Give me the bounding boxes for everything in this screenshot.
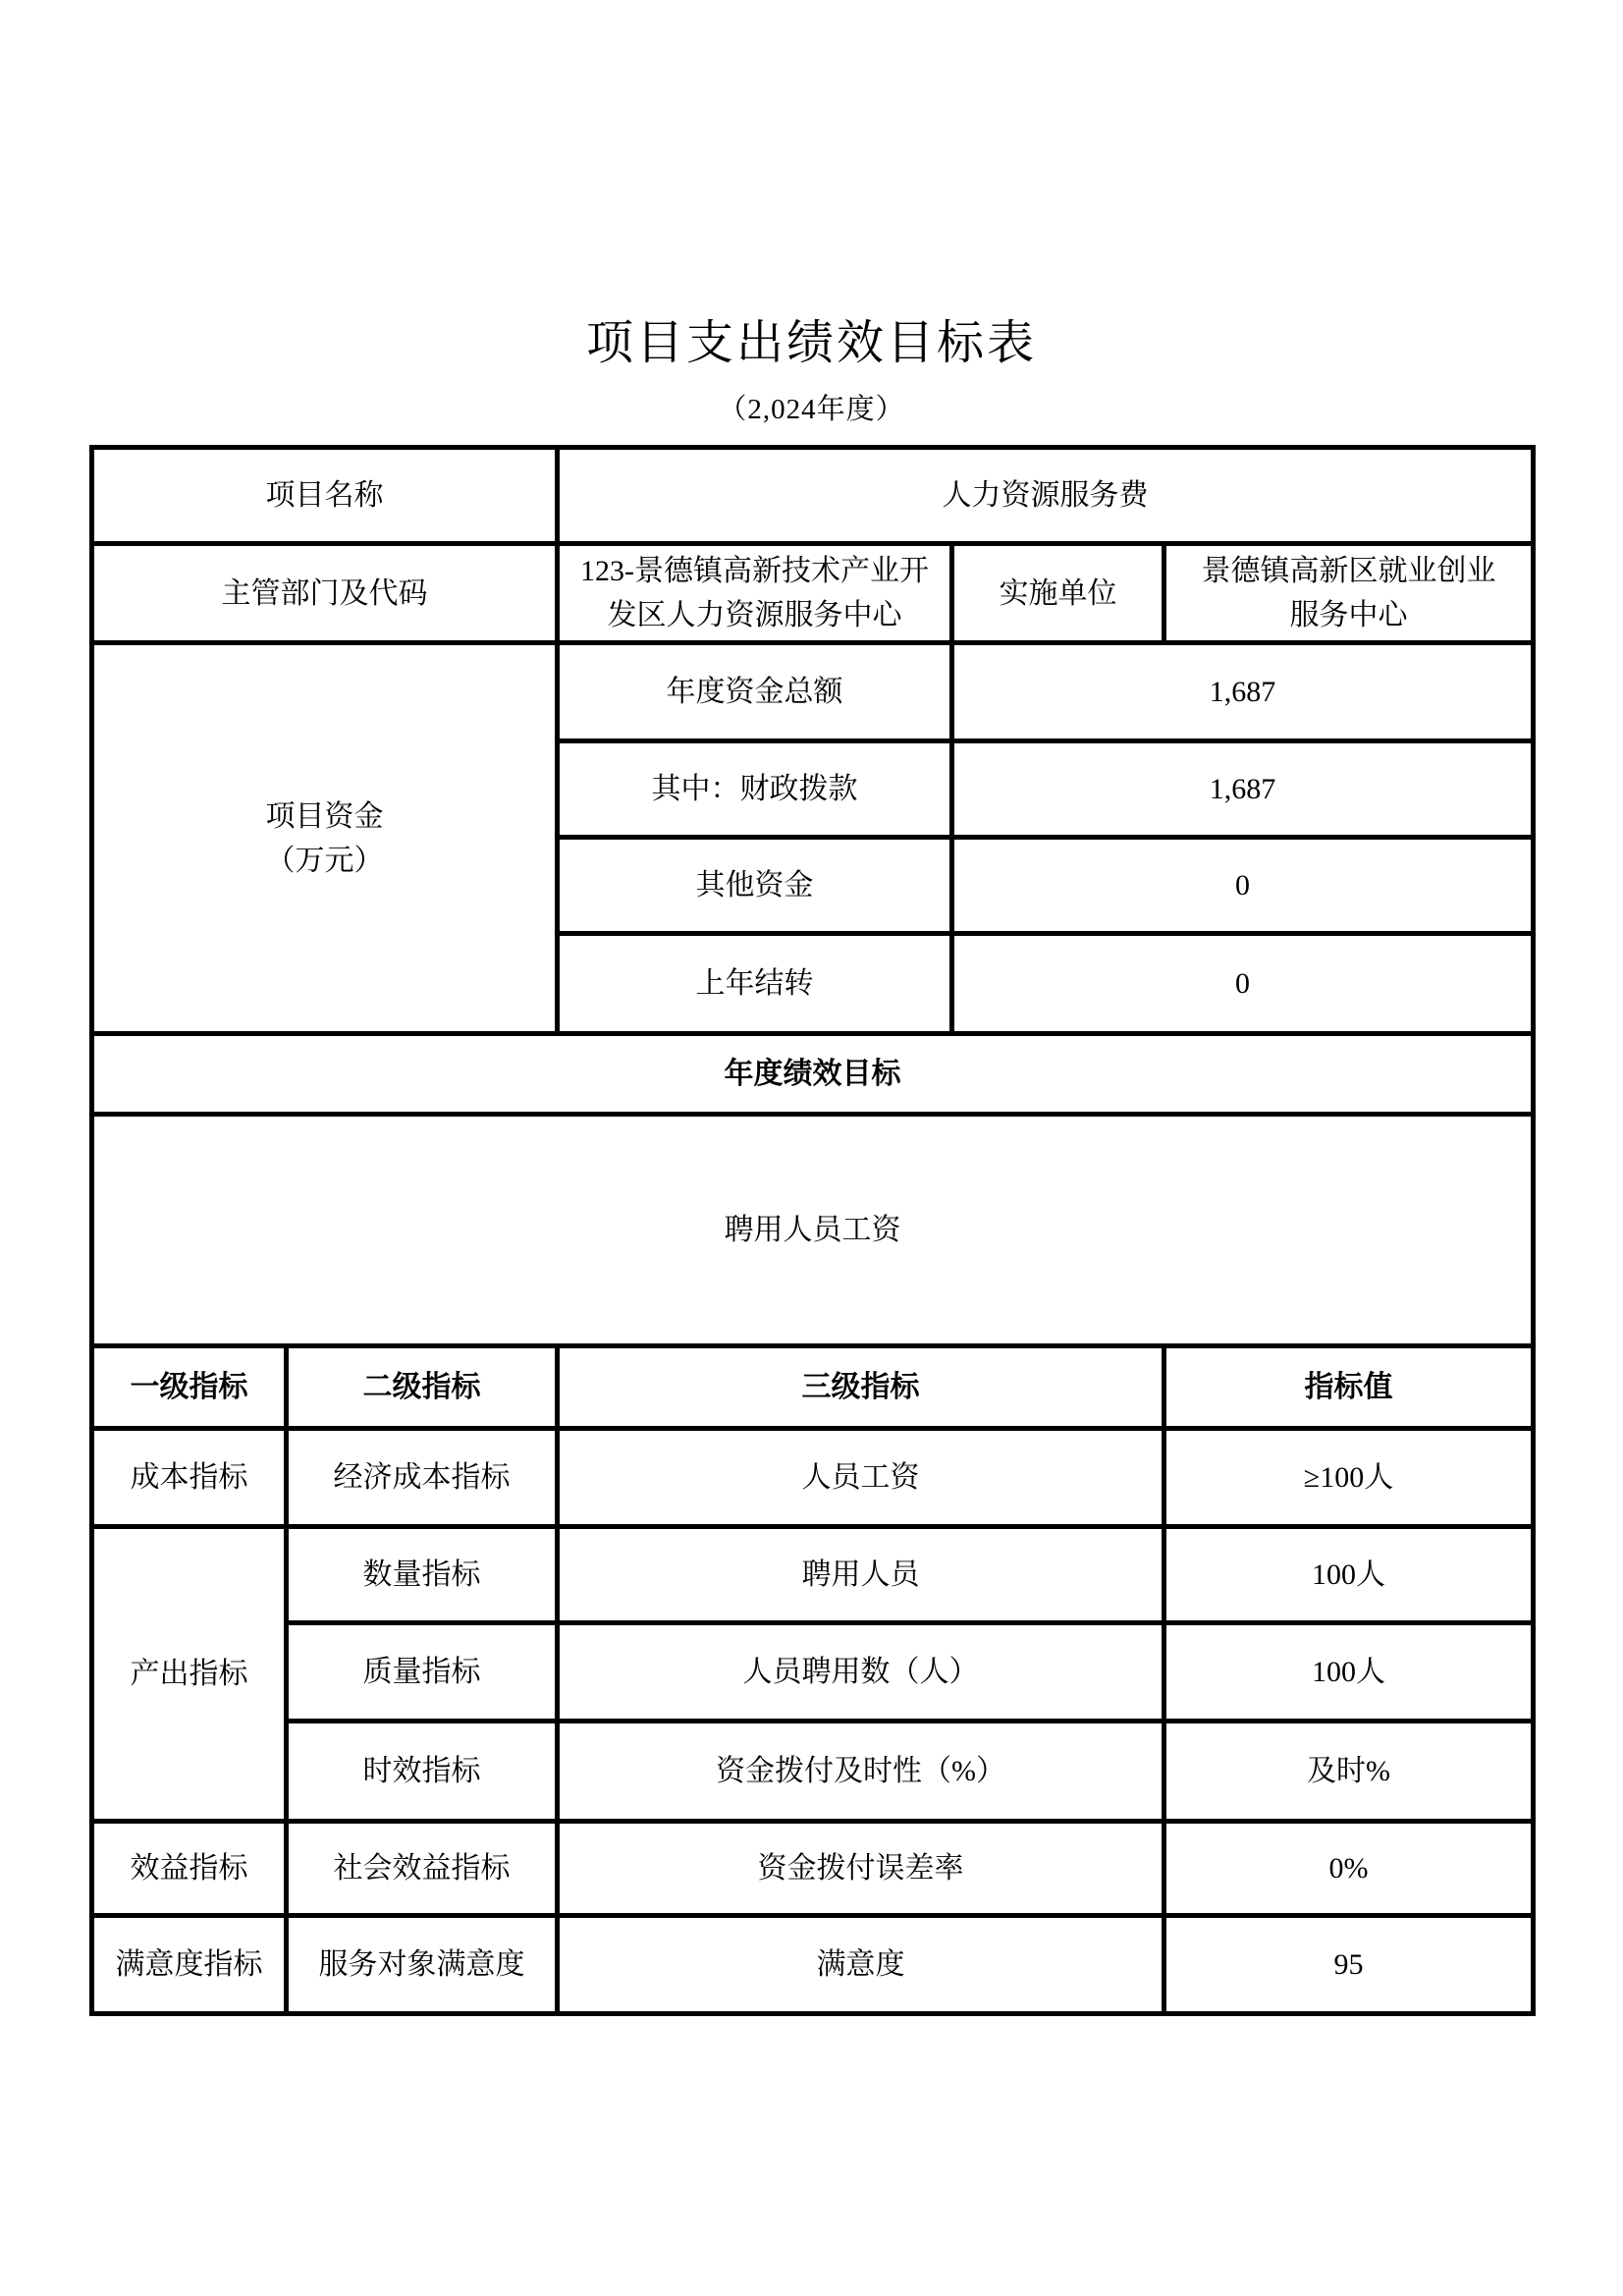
document-title: 项目支出绩效目标表 [0,304,1623,372]
row-output-quality: 质量指标 人员聘用数（人） 100人 [92,1623,1534,1722]
cell-output-timeliness-value: 及时% [1164,1722,1534,1822]
funding-group-line2: （万元） [266,845,384,877]
cell-benefit-l3: 资金拨付误差率 [558,1822,1164,1916]
cell-project-name-value: 人力资源服务费 [558,448,1534,544]
row-indicator-headers: 一级指标 二级指标 三级指标 指标值 [92,1346,1534,1429]
cell-project-name-label: 项目名称 [92,448,558,544]
cell-funding-other-label: 其他资金 [558,838,952,934]
cell-satisfaction-value: 95 [1164,1916,1534,2014]
cell-cost-value: ≥100人 [1164,1429,1534,1527]
row-annual-target-header: 年度绩效目标 [92,1034,1534,1115]
cell-benefit-l2: 社会效益指标 [287,1822,558,1916]
cell-header-level2: 二级指标 [287,1346,558,1429]
cell-header-value: 指标值 [1164,1346,1534,1429]
cell-output-quality-l3: 人员聘用数（人） [558,1623,1164,1722]
cell-satisfaction-l1: 满意度指标 [92,1916,287,2014]
cell-output-timeliness-l3: 资金拨付及时性（%） [558,1722,1164,1822]
document-page: 项目支出绩效目标表 （2,024年度） 项目名称 人力资源服务费 主管部门及代码… [0,0,1623,2296]
cell-output-l1: 产出指标 [92,1527,287,1822]
cell-funding-fiscal-value: 1,687 [952,741,1534,838]
row-cost-indicator: 成本指标 经济成本指标 人员工资 ≥100人 [92,1429,1534,1527]
cell-cost-l1: 成本指标 [92,1429,287,1527]
cell-header-level3: 三级指标 [558,1346,1164,1429]
cell-funding-group-label: 项目资金 （万元） [92,643,558,1034]
cell-dept-label: 主管部门及代码 [92,544,558,643]
row-department: 主管部门及代码 123-景德镇高新技术产业开发区人力资源服务中心 实施单位 景德… [92,544,1534,643]
row-benefit-indicator: 效益指标 社会效益指标 资金拨付误差率 0% [92,1822,1534,1916]
cell-header-level1: 一级指标 [92,1346,287,1429]
cell-funding-other-value: 0 [952,838,1534,934]
row-funding-total: 项目资金 （万元） 年度资金总额 1,687 [92,643,1534,741]
cell-funding-total-value: 1,687 [952,643,1534,741]
cell-annual-target-content: 聘用人员工资 [92,1115,1534,1346]
cell-annual-target-header: 年度绩效目标 [92,1034,1534,1115]
cell-benefit-l1: 效益指标 [92,1822,287,1916]
performance-target-table: 项目名称 人力资源服务费 主管部门及代码 123-景德镇高新技术产业开发区人力资… [89,445,1536,2016]
row-project-name: 项目名称 人力资源服务费 [92,448,1534,544]
cell-funding-fiscal-label: 其中：财政拨款 [558,741,952,838]
cell-output-quantity-value: 100人 [1164,1527,1534,1623]
cell-impl-value: 景德镇高新区就业创业服务中心 [1164,544,1534,643]
cell-satisfaction-l3: 满意度 [558,1916,1164,2014]
cell-cost-l2: 经济成本指标 [287,1429,558,1527]
cell-funding-carryover-value: 0 [952,934,1534,1034]
cell-output-quantity-l2: 数量指标 [287,1527,558,1623]
row-output-quantity: 产出指标 数量指标 聘用人员 100人 [92,1527,1534,1623]
row-satisfaction-indicator: 满意度指标 服务对象满意度 满意度 95 [92,1916,1534,2014]
row-output-timeliness: 时效指标 资金拨付及时性（%） 及时% [92,1722,1534,1822]
cell-satisfaction-l2: 服务对象满意度 [287,1916,558,2014]
cell-output-timeliness-l2: 时效指标 [287,1722,558,1822]
row-annual-target-content: 聘用人员工资 [92,1115,1534,1346]
funding-group-line1: 项目资金 [266,800,384,833]
cell-benefit-value: 0% [1164,1822,1534,1916]
cell-output-quality-value: 100人 [1164,1623,1534,1722]
cell-impl-label: 实施单位 [952,544,1164,643]
cell-funding-total-label: 年度资金总额 [558,643,952,741]
cell-funding-carryover-label: 上年结转 [558,934,952,1034]
cell-dept-value: 123-景德镇高新技术产业开发区人力资源服务中心 [558,544,952,643]
cell-cost-l3: 人员工资 [558,1429,1164,1527]
cell-output-quality-l2: 质量指标 [287,1623,558,1722]
cell-output-quantity-l3: 聘用人员 [558,1527,1164,1623]
document-subtitle: （2,024年度） [0,387,1623,427]
